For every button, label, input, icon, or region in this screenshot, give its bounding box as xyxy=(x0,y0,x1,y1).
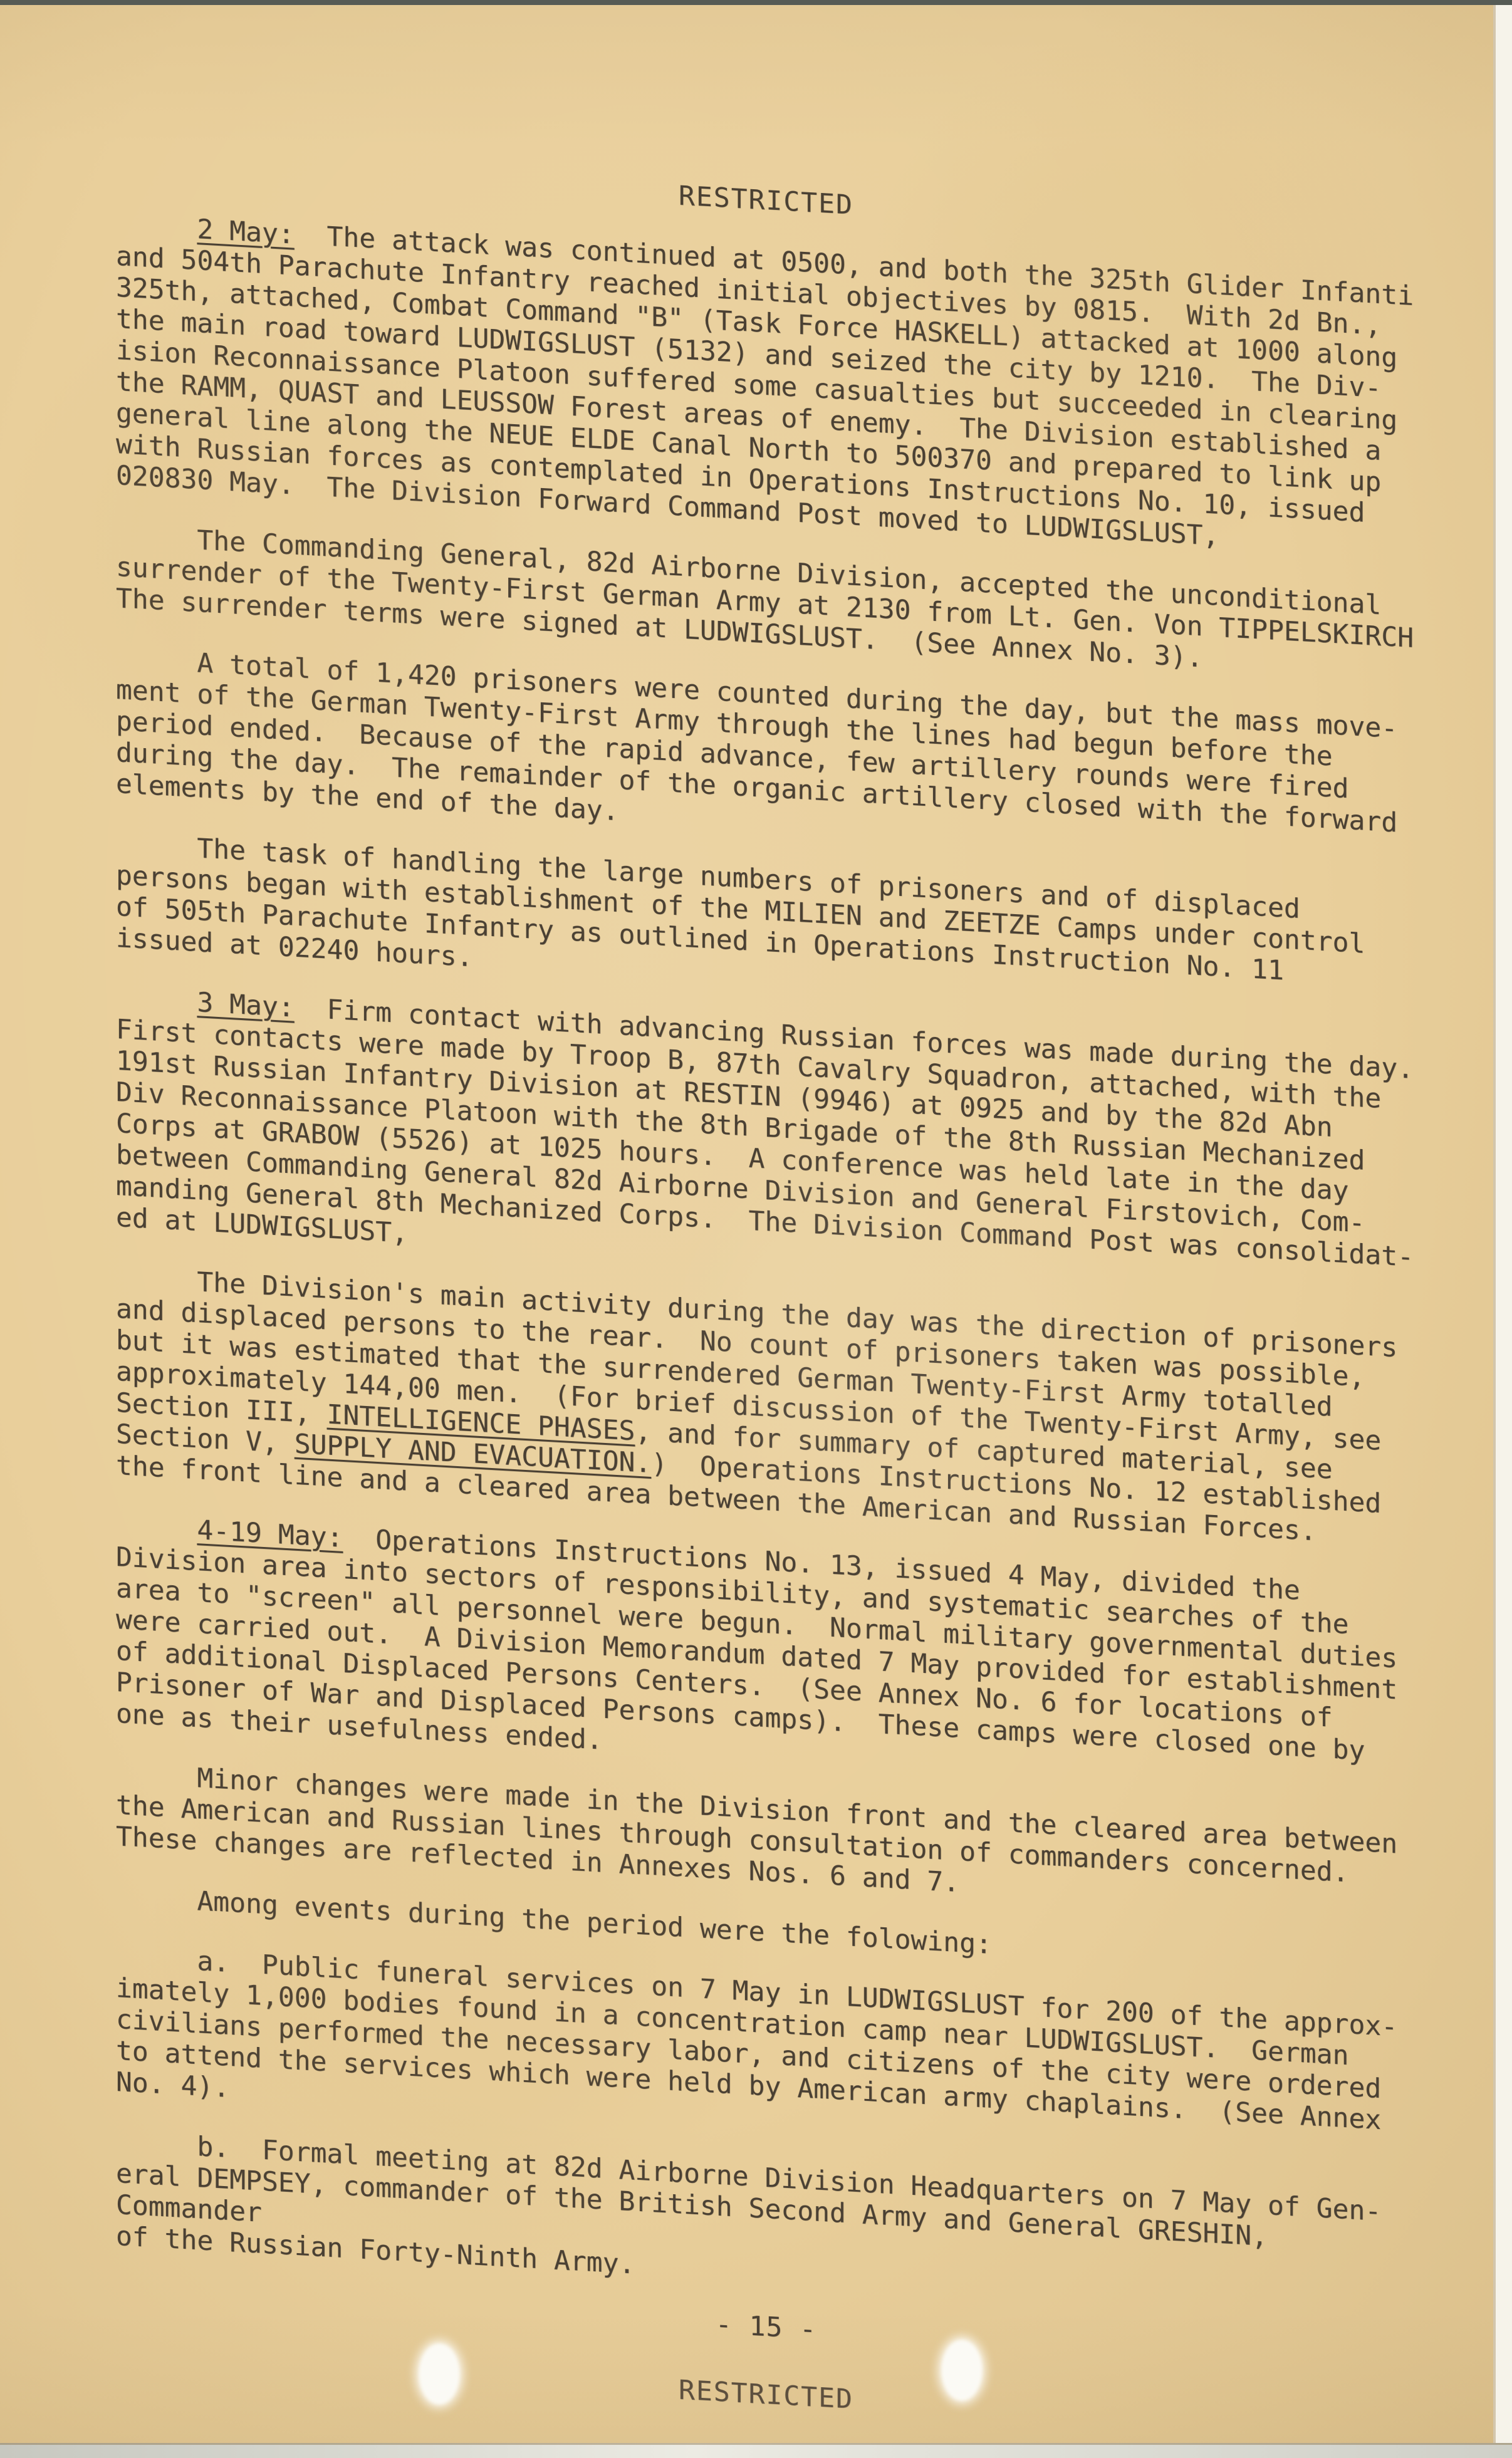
paragraph-entry-3-may: 3 May: Firm contact with advancing Russi… xyxy=(116,982,1416,1305)
paragraph-text: Among events during the period were the … xyxy=(197,1885,992,1961)
paragraph-text: Operations Instructions No. 13, issued 4… xyxy=(116,1523,1397,1767)
paragraph-text: The attack was continued at 0500, and bo… xyxy=(116,219,1414,552)
scan-bottom-edge xyxy=(0,2443,1512,2458)
paragraph-text: Firm contact with advancing Russian forc… xyxy=(116,992,1414,1273)
scan-right-edge xyxy=(1493,5,1512,2445)
paragraph-entry-2-may: 2 May: The attack was continued at 0500,… xyxy=(116,209,1416,563)
paragraph-item-a-funeral-services: a. Public funeral services on 7 May in L… xyxy=(116,1941,1416,2169)
punch-hole-right xyxy=(941,2340,983,2401)
typed-content: RESTRICTED 2 May: The attack was continu… xyxy=(116,149,1416,2446)
punch-hole-left xyxy=(419,2343,460,2405)
scan-top-edge xyxy=(0,0,1512,5)
paragraph-entry-4-19-may: 4-19 May: Operations Instructions No. 13… xyxy=(116,1510,1416,1801)
body-paragraphs: 2 May: The attack was continued at 0500,… xyxy=(116,209,1416,2323)
underlined-label: 3 May: xyxy=(197,987,294,1024)
paragraph-prisoners-count: A total of 1,420 prisoners were counted … xyxy=(116,643,1416,871)
paragraph-text: A total of 1,420 prisoners were counted … xyxy=(116,647,1397,838)
underlined-label: 2 May: xyxy=(197,214,294,251)
paragraph-division-activity: The Division's main activity during the … xyxy=(116,1262,1416,1553)
paragraph-text: a. Public funeral services on 7 May in L… xyxy=(116,1945,1397,2136)
document-page: RESTRICTED 2 May: The attack was continu… xyxy=(0,0,1512,2458)
